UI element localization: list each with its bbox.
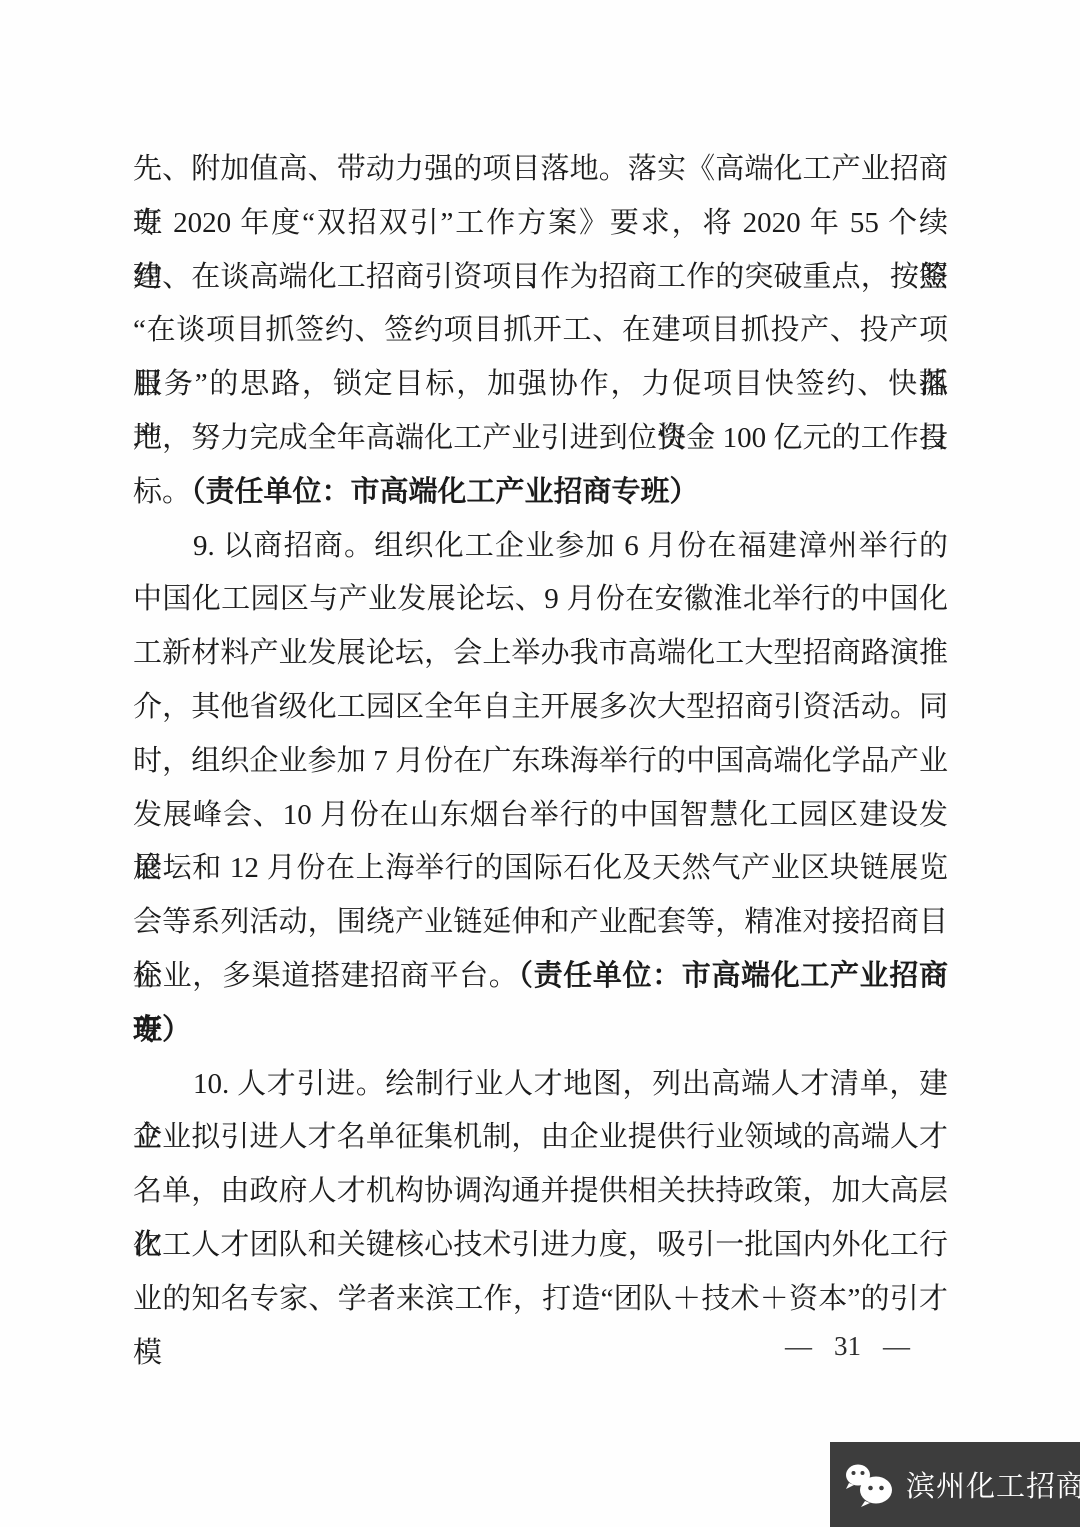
text-line: “在谈项目抓签约、签约项目抓开工、在建项目抓投产、投产项目抓 — [133, 304, 948, 358]
footer-brand-label: 滨州化工招商 — [906, 1464, 1080, 1505]
text-line: 工新材料产业发展论坛，会上举办我市高端化工大型招商路演推 — [133, 627, 948, 681]
text-line: 介，其他省级化工园区全年自主开展多次大型招商引资活动。同 — [133, 681, 948, 735]
text-line: 服务”的思路，锁定目标，加强协作，力促项目快签约、快落地、快投 — [133, 358, 948, 412]
page-number-dash-right: — — [883, 1331, 910, 1362]
text-line: 标。（责任单位：市高端化工产业招商专班） — [133, 466, 948, 520]
text-line: 化工人才团队和关键核心技术引进力度，吸引一批国内外化工行 — [133, 1219, 948, 1273]
page-number-dash-left: — — [785, 1331, 812, 1362]
footer-brand: 滨州化工招商 — [830, 1442, 1080, 1527]
text-line: 论坛和 12 月份在上海举行的国际石化及天然气产业区块链展览 — [133, 842, 948, 896]
text-line: 约、在谈高端化工招商引资项目作为招商工作的突破重点，按照 — [133, 251, 948, 305]
document-page: 先、附加值高、带动力强的项目落地。落实《高端化工产业招商专班 2020 年度“双… — [0, 0, 1080, 1527]
page-number: — 31 — — [785, 1331, 910, 1362]
text-line: 会等系列活动，围绕产业链延伸和产业配套等，精准对接招商目标 — [133, 896, 948, 950]
text-line: 时，组织企业参加 7 月份在广东珠海举行的中国高端化学品产业 — [133, 735, 948, 789]
text-line: 企业拟引进人才名单征集机制，由企业提供行业领域的高端人才 — [133, 1111, 948, 1165]
page-number-value: 31 — [834, 1331, 861, 1362]
text-line: 班 2020 年度“双招双引”工作方案》要求，将 2020 年 55 个续建、签 — [133, 197, 948, 251]
text-line: 产，努力完成全年高端化工产业引进到位资金 100 亿元的工作目 — [133, 412, 948, 466]
text-block: 先、附加值高、带动力强的项目落地。落实《高端化工产业招商专班 2020 年度“双… — [133, 143, 948, 1327]
text-line: 班） — [133, 1004, 948, 1058]
text-line: 先、附加值高、带动力强的项目落地。落实《高端化工产业招商专 — [133, 143, 948, 197]
text-line: 业的知名专家、学者来滨工作，打造“团队＋技术＋资本”的引才模 — [133, 1273, 948, 1327]
text-line: 发展峰会、10 月份在山东烟台举行的中国智慧化工园区建设发展 — [133, 789, 948, 843]
text-line: 中国化工园区与产业发展论坛、9 月份在安徽淮北举行的中国化 — [133, 573, 948, 627]
text-line: 企业，多渠道搭建招商平台。（责任单位：市高端化工产业招商专 — [133, 950, 948, 1004]
text-line: 10. 人才引进。绘制行业人才地图，列出高端人才清单，建立 — [133, 1058, 948, 1112]
text-line: 名单，由政府人才机构协调沟通并提供相关扶持政策，加大高层次 — [133, 1165, 948, 1219]
wechat-icon — [843, 1462, 897, 1508]
text-line: 9. 以商招商。组织化工企业参加 6 月份在福建漳州举行的 — [133, 520, 948, 574]
